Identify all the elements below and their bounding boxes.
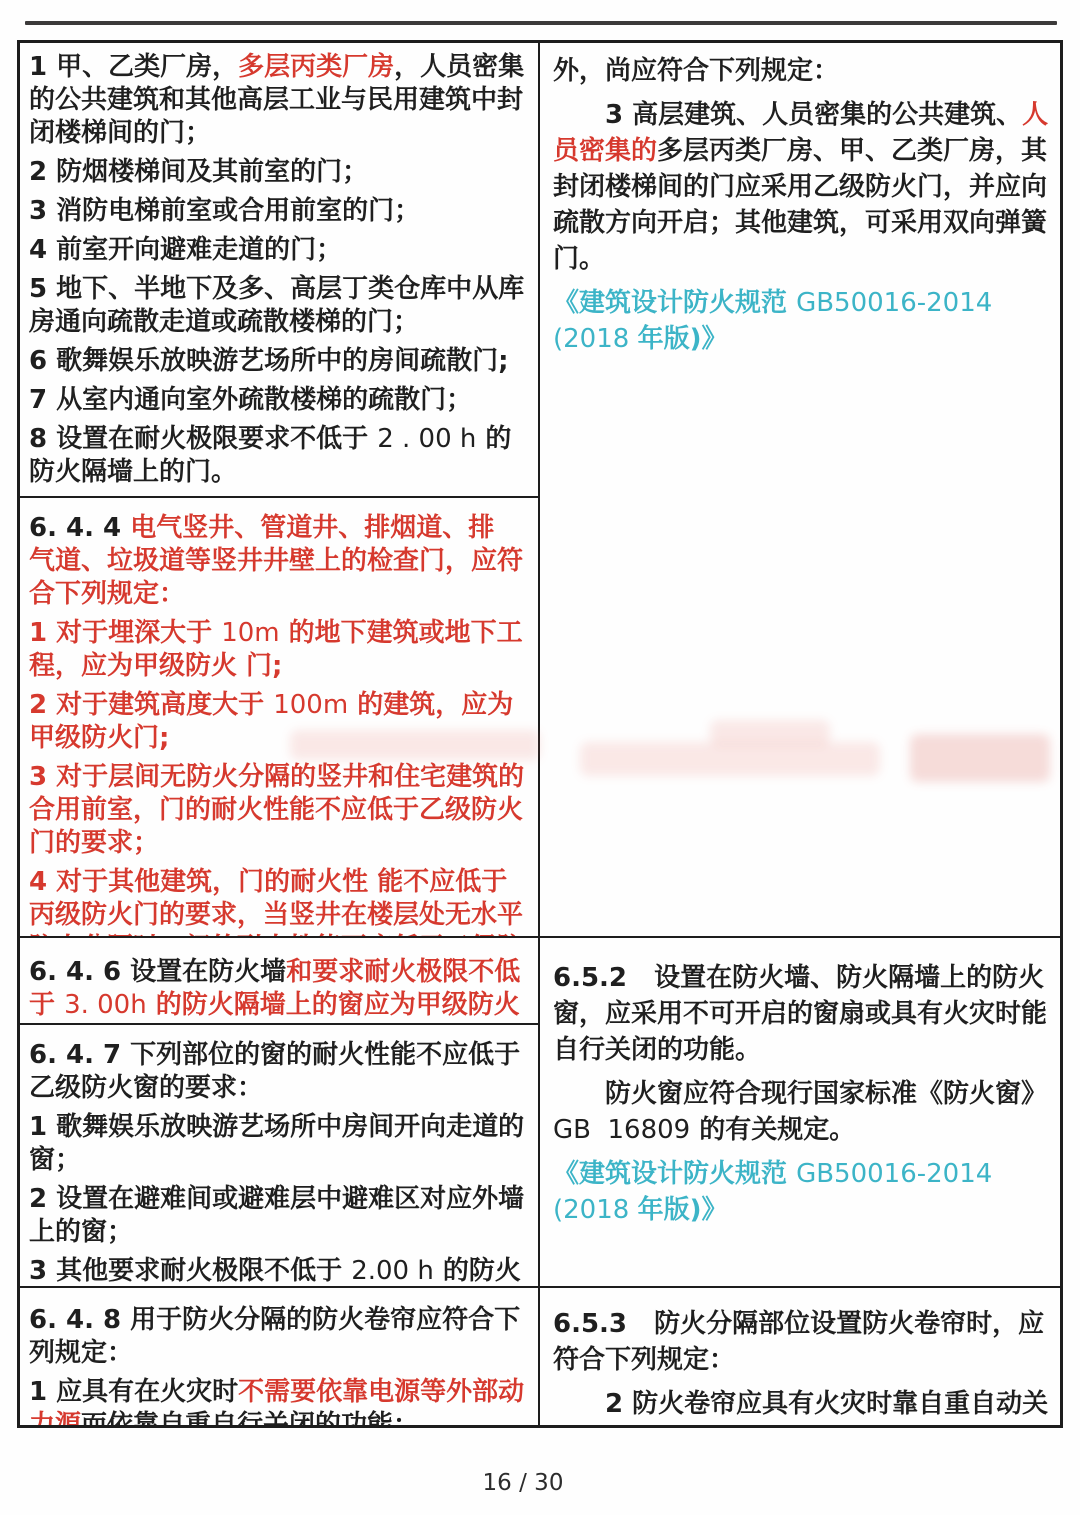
text-segment: 年版)》 [638,1195,728,1225]
text-segment: 10m [221,618,279,648]
paragraph: 1 对于埋深大于 10m 的地下建筑或地下工程，应为甲级防火 门; [29,617,528,683]
text-segment: 5 地下、半地下及多、高层丁类仓库中从库房通向疏散走道或疏散楼梯的门； [29,274,524,337]
text-segment: 的 [147,990,182,1020]
paragraph: 3 其他要求耐火极限不低于 2.00 h 的防火隔墙上的窗。 [29,1255,528,1288]
table-cell-6-4-8: 6. 4. 8 用于防火分隔的防火卷帘应符合下列规定：1 应具有在火灾时不需要依… [20,1288,540,1425]
text-segment: 1 甲、乙类厂房， [29,52,238,82]
paragraph: 防火窗应符合现行国家标准《防火窗》GB 16809 的有关规定。 [553,1076,1050,1148]
text-segment: 3 消防电梯前室或合用前室的门； [29,196,420,226]
text-segment: 3 高层建筑、人员密集的公共建筑、 [605,100,1022,130]
text-segment: 2 . 00 h [377,424,476,454]
top-divider-rule [25,21,1057,25]
text-segment: 1 歌舞娱乐放映游艺场所中房间开向走道的窗； [29,1112,524,1175]
text-segment: 《建筑设计防火规范 [553,1159,796,1189]
table-cell-6-4-4: 6. 4. 4 电气竖井、管道井、排烟道、排 气道、垃圾道等竖井井壁上的检查门，… [20,498,540,938]
paragraph: 1 甲、乙类厂房，多层丙类厂房，人员密集的公共建筑和其他高层工业与民用建筑中封闭… [29,51,528,150]
paragraph: 6.5.3 防火分隔部位设置防火卷帘时，应符合下列规定： [553,1306,1050,1378]
text-segment: 2 对于建筑高度大于 [29,690,273,720]
paragraph: 1 歌舞娱乐放映游艺场所中房间开向走道的窗； [29,1111,528,1177]
paragraph: 4 对于其他建筑，门的耐火性 能不应低于丙级防火门的要求，当竖井在楼层处无水平防… [29,866,528,938]
paragraph: 1 应具有在火灾时不需要依靠电源等外部动力源而依靠自重自行关闭的功能； [29,1376,528,1425]
text-segment: 防火窗应符合现行国家标准《防火窗》 [605,1079,1047,1109]
text-segment: 3 其他要求耐火极限不低于 [29,1256,351,1286]
text-segment: 4 对于其他建筑，门的耐火性 能不应低于丙级防火门的要求，当竖井在楼层处无水平防… [29,867,523,938]
text-segment: 6 歌舞娱乐放映游艺场所中的房间疏散门; [29,346,509,376]
paragraph: 《建筑设计防火规范 GB50016-2014 (2018 年版)》 [553,285,1050,357]
text-segment: 6.5.2 设置在防火墙、防火隔墙上的防火窗，应采用不可开启的窗扇或具有火灾时能… [553,963,1047,1065]
paragraph: 7 从室内通向室外疏散楼梯的疏散门； [29,384,528,417]
text-segment: 6. 4. 6 设置在防火墙 [29,957,286,987]
text-segment: 1 对于埋深大于 [29,618,221,648]
paragraph: 2 防火卷帘应具有火灾时靠自重自动关闭功能。 [553,1386,1050,1425]
paragraph: 4 前室开向避难走道的门； [29,234,528,267]
text-segment: 而依靠自重自行关闭的功能； [81,1410,419,1425]
paragraph: 3 高层建筑、人员密集的公共建筑、人员密集的多层丙类厂房、甲、乙类厂房，其封闭楼… [553,97,1050,277]
paragraph: 3 对于层间无防火分隔的竖井和住宅建筑的合用前室，门的耐火性能不应低于乙级防火门… [29,761,528,860]
text-segment: 的有关规定。 [690,1115,855,1145]
paragraph: 6.5.2 设置在防火墙、防火隔墙上的防火窗，应采用不可开启的窗扇或具有火灾时能… [553,960,1050,1068]
paragraph: 6 歌舞娱乐放映游艺场所中的房间疏散门; [29,345,528,378]
table-cell-6-5-2: 6.5.2 设置在防火墙、防火隔墙上的防火窗，应采用不可开启的窗扇或具有火灾时能… [540,938,1060,1288]
paragraph: 3 消防电梯前室或合用前室的门； [29,195,528,228]
table-cell-6-5-3: 6.5.3 防火分隔部位设置防火卷帘时，应符合下列规定：2 防火卷帘应具有火灾时… [540,1288,1060,1425]
text-segment: 2 设置在避难间或避难层中避难区对应外墙上的窗； [29,1184,524,1247]
text-segment: 7 从室内通向室外疏散楼梯的疏散门； [29,385,472,415]
paragraph: 6. 4. 4 电气竖井、管道井、排烟道、排 气道、垃圾道等竖井井壁上的检查门，… [29,512,528,611]
text-segment: 《建筑设计防火规范 [553,288,796,318]
text-segment: 3 对于层间无防火分隔的竖井和住宅建筑的合用前室，门的耐火性能不应低于乙级防火门… [29,762,524,858]
text-segment: 6. 4. 7 下列部位的窗的耐火性能不应低于乙级防火窗的要求： [29,1040,520,1103]
text-segment: 6. 4. 4 [29,513,130,543]
paragraph: 5 地下、半地下及多、高层丁类仓库中从库房通向疏散走道或疏散楼梯的门； [29,273,528,339]
table-cell-closed-stairwell-doors: 外，尚应符合下列规定：3 高层建筑、人员密集的公共建筑、人员密集的多层丙类厂房、… [540,43,1060,938]
text-segment: 年版)》 [638,324,728,354]
paragraph: 《建筑设计防火规范 GB50016-2014 (2018 年版)》 [553,1156,1050,1228]
text-segment: 1 应具有在火灾时 [29,1377,238,1407]
paragraph: 6. 4. 6 设置在防火墙和要求耐火极限不低 于 3. 00h 的防火隔墙上的… [29,956,528,1025]
table-cell-door-list: 1 甲、乙类厂房，多层丙类厂房，人员密集的公共建筑和其他高层工业与民用建筑中封闭… [20,43,540,498]
paragraph: 2 对于建筑高度大于 100m 的建筑，应为甲级防火门; [29,689,528,755]
paragraph: 2 防烟楼梯间及其前室的门； [29,156,528,189]
table-cell-6-4-6: 6. 4. 6 设置在防火墙和要求耐火极限不低 于 3. 00h 的防火隔墙上的… [20,938,540,1025]
text-segment: 6.5.3 防火分隔部位设置防火卷帘时，应符合下列规定： [553,1309,1044,1375]
paragraph: 2 设置在避难间或避难层中避难区对应外墙上的窗； [29,1183,528,1249]
text-segment: GB 16809 [553,1115,690,1145]
text-segment: 外，尚应符合下列规定： [553,56,839,86]
table-cell-6-4-7: 6. 4. 7 下列部位的窗的耐火性能不应低于乙级防火窗的要求：1 歌舞娱乐放映… [20,1025,540,1288]
text-segment: 2.00 h [351,1256,434,1286]
paragraph: 外，尚应符合下列规定： [553,53,1050,89]
text-segment: 6. 4. 8 用于防火分隔的防火卷帘应符合下列规定： [29,1305,520,1368]
text-segment: 100m [273,690,348,720]
text-segment: 2 防火卷帘应具有火灾时靠自重自动关闭功能。 [553,1389,1048,1425]
paragraph: 6. 4. 8 用于防火分隔的防火卷帘应符合下列规定： [29,1304,528,1370]
page-number: 16 / 30 [0,1470,1046,1496]
paragraph: 8 设置在耐火极限要求不低于 2 . 00 h 的防火隔墙上的门。 [29,423,528,489]
regulation-comparison-table: 1 甲、乙类厂房，多层丙类厂房，人员密集的公共建筑和其他高层工业与民用建筑中封闭… [17,40,1063,1428]
text-segment: 2 防烟楼梯间及其前室的门； [29,157,368,187]
text-segment: 8 设置在耐火极限要求不低于 [29,424,377,454]
text-segment: 多层丙类厂房 [238,52,394,82]
document-page: 1 甲、乙类厂房，多层丙类厂房，人员密集的公共建筑和其他高层工业与民用建筑中封闭… [0,0,1080,1515]
text-segment: 3. 00h [64,990,147,1020]
paragraph: 6. 4. 7 下列部位的窗的耐火性能不应低于乙级防火窗的要求： [29,1039,528,1105]
text-segment: 4 前室开向避难走道的门； [29,235,342,265]
